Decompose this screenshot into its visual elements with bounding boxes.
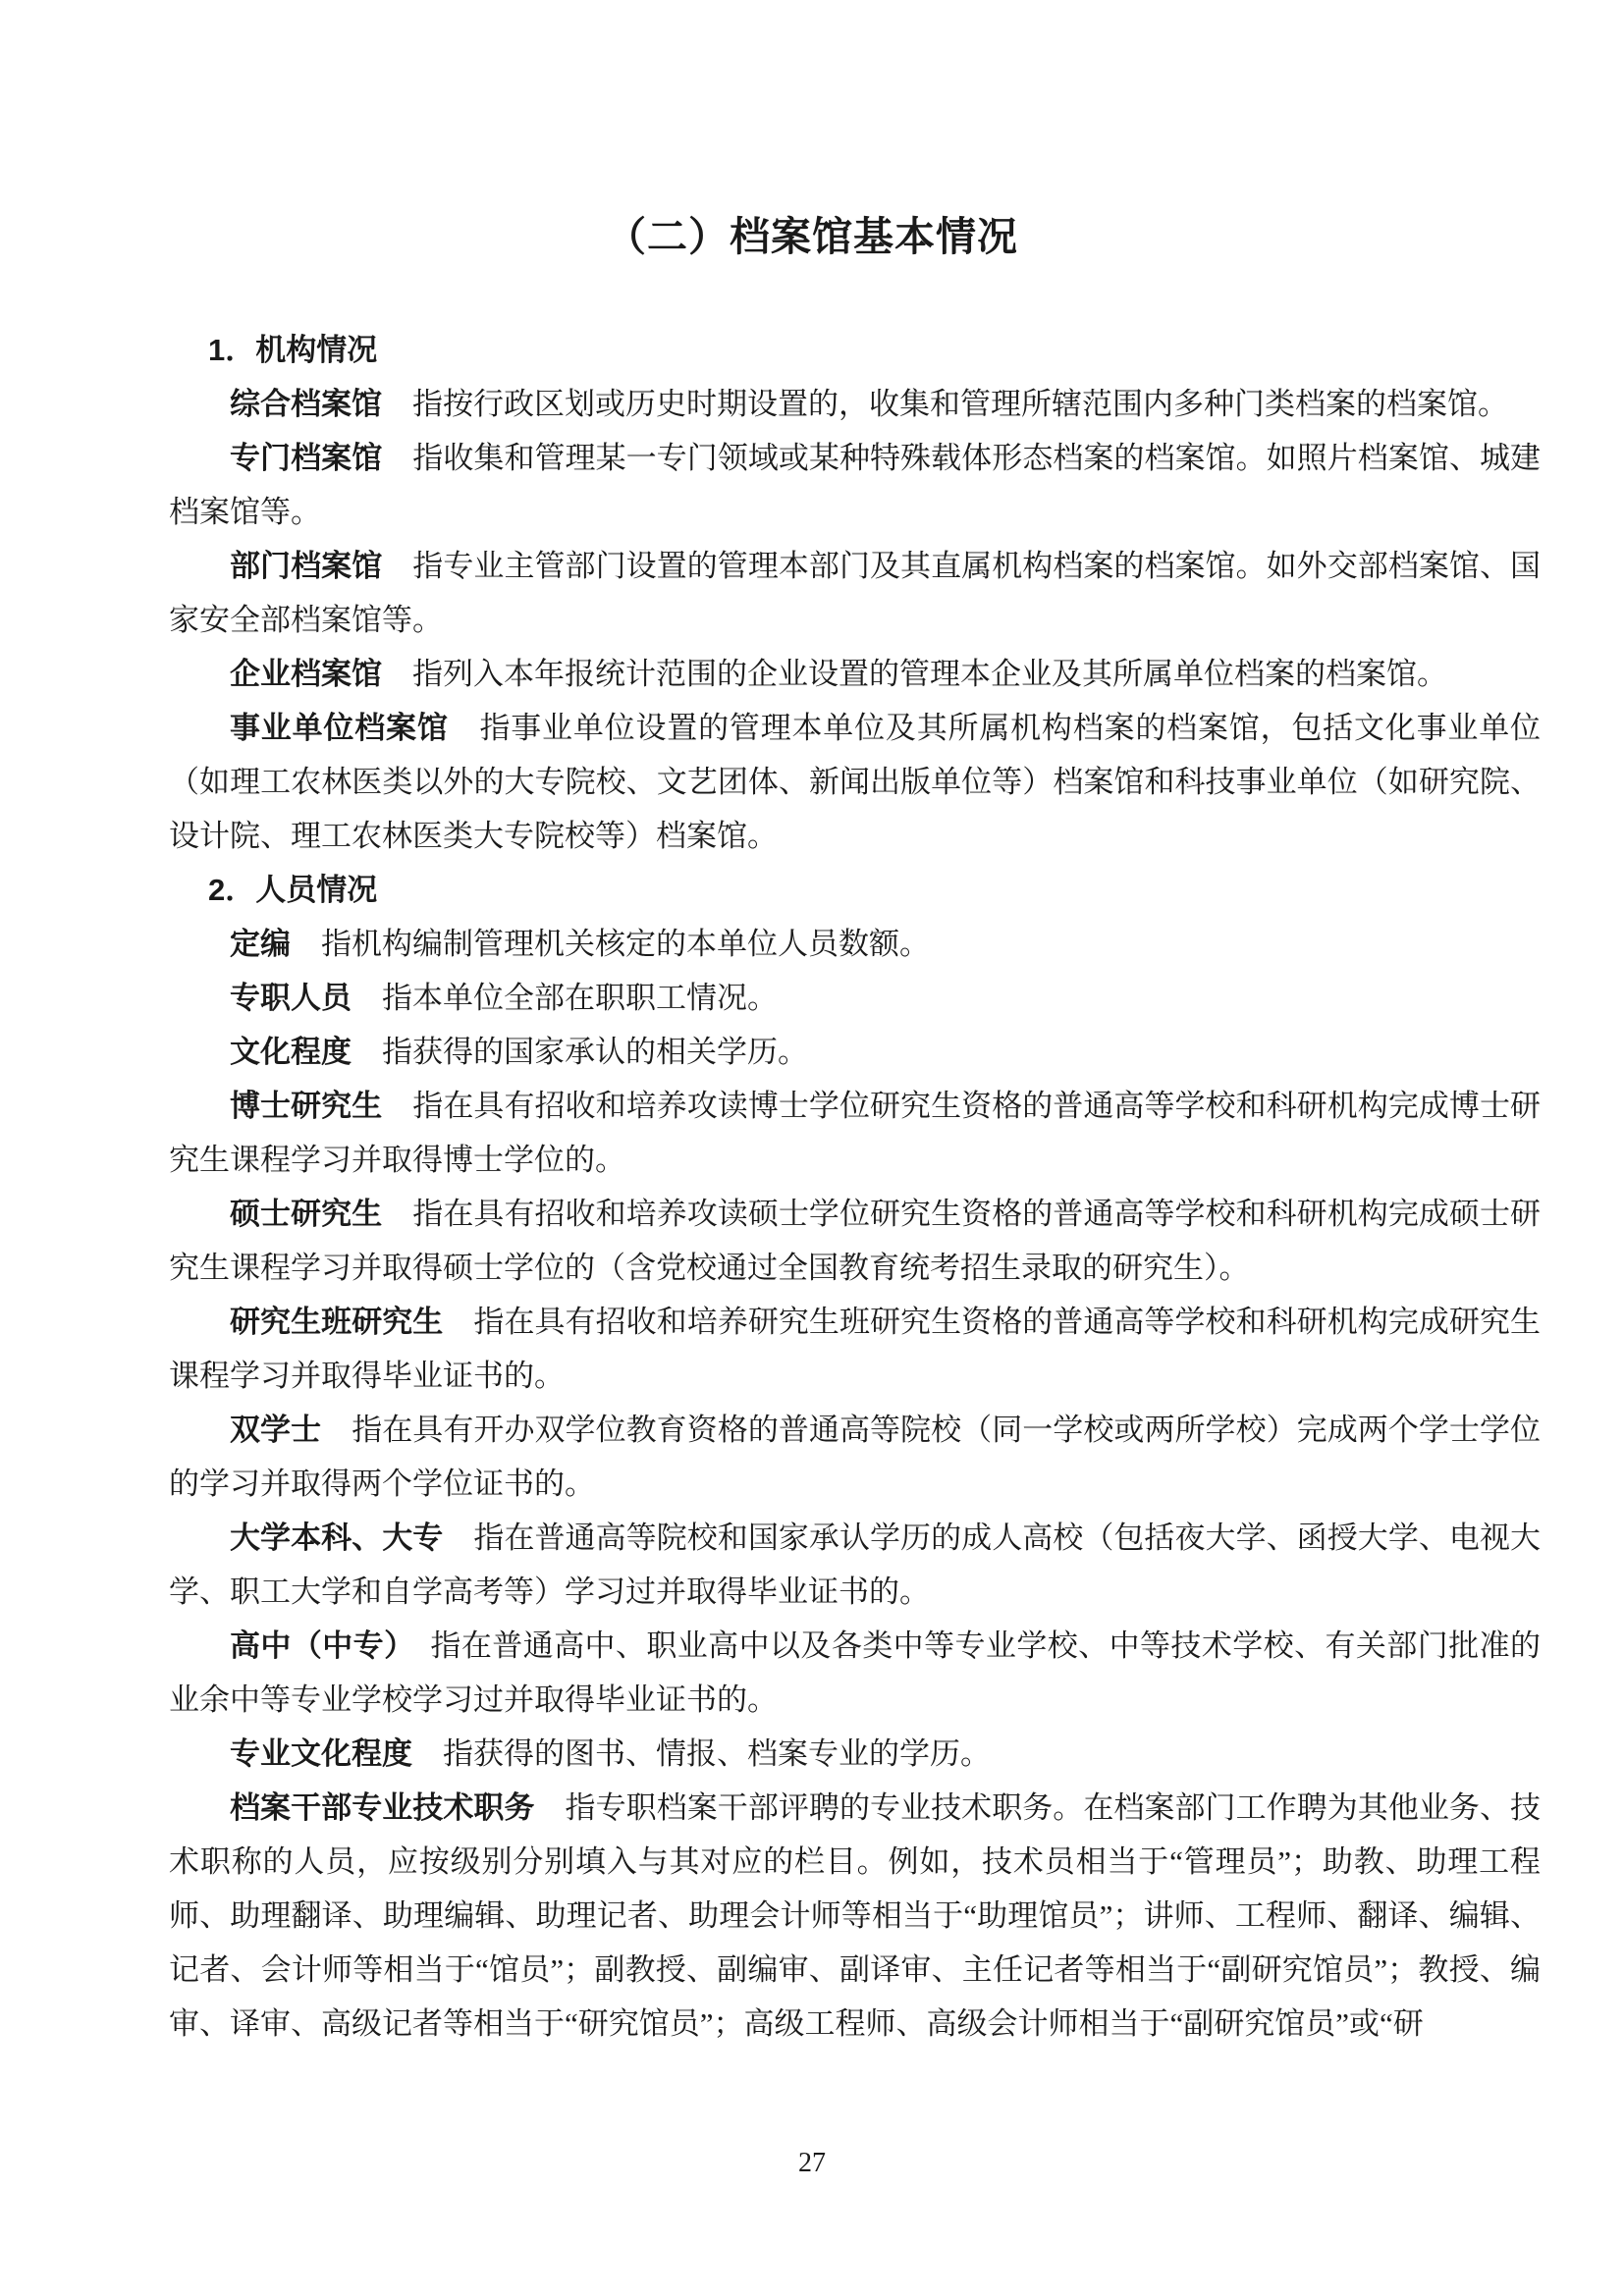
term-label: 博士研究生	[230, 1089, 382, 1123]
definition-paragraph: 档案干部专业技术职务 指专职档案干部评聘的专业技术职务。在档案部门工作聘为其他业…	[169, 1781, 1541, 2051]
term-label: 部门档案馆	[230, 549, 382, 583]
definition-paragraph: 文化程度 指获得的国家承认的相关学历。	[169, 1025, 1541, 1079]
definition-paragraph: 专职人员 指本单位全部在职职工情况。	[169, 971, 1541, 1025]
term-label: 档案干部专业技术职务	[230, 1790, 534, 1825]
definition-paragraph: 企业档案馆 指列入本年报统计范围的企业设置的管理本企业及其所属单位档案的档案馆。	[169, 647, 1541, 701]
document-body: 1．机构情况综合档案馆 指按行政区划或历史时期设置的，收集和管理所辖范围内多种门…	[169, 323, 1541, 2051]
definition-paragraph: 硕士研究生 指在具有招收和培养攻读硕士学位研究生资格的普通高等学校和科研机构完成…	[169, 1187, 1541, 1295]
term-label: 硕士研究生	[230, 1197, 382, 1231]
definition-paragraph: 部门档案馆 指专业主管部门设置的管理本部门及其直属机构档案的档案馆。如外交部档案…	[169, 539, 1541, 647]
document-page: （二）档案馆基本情况 1．机构情况综合档案馆 指按行政区划或历史时期设置的，收集…	[0, 0, 1624, 2296]
term-label: 定编	[230, 927, 291, 961]
definition-paragraph: 大学本科、大专 指在普通高等院校和国家承认学历的成人高校（包括夜大学、函授大学、…	[169, 1511, 1541, 1619]
term-label: 专门档案馆	[230, 441, 382, 475]
term-label: 高中（中专）	[230, 1629, 400, 1663]
term-label: 综合档案馆	[230, 387, 382, 421]
definition-paragraph: 事业单位档案馆 指事业单位设置的管理本单位及其所属机构档案的档案馆，包括文化事业…	[169, 701, 1541, 863]
definition-paragraph: 高中（中专） 指在普通高中、职业高中以及各类中等专业学校、中等技术学校、有关部门…	[169, 1619, 1541, 1727]
term-label: 研究生班研究生	[230, 1305, 443, 1339]
page-title: （二）档案馆基本情况	[0, 208, 1624, 265]
term-label: 双学士	[230, 1413, 321, 1447]
term-label: 大学本科、大专	[230, 1521, 443, 1555]
section-heading: 1．机构情况	[208, 323, 1541, 377]
term-label: 专业文化程度	[230, 1736, 412, 1771]
term-label: 企业档案馆	[230, 657, 382, 691]
definition-paragraph: 定编 指机构编制管理机关核定的本单位人员数额。	[169, 917, 1541, 971]
definition-paragraph: 研究生班研究生 指在具有招收和培养研究生班研究生资格的普通高等学校和科研机构完成…	[169, 1295, 1541, 1403]
term-label: 事业单位档案馆	[230, 711, 449, 745]
term-label: 文化程度	[230, 1035, 352, 1069]
page-number: 27	[0, 2146, 1624, 2181]
definition-paragraph: 专业文化程度 指获得的图书、情报、档案专业的学历。	[169, 1727, 1541, 1781]
definition-paragraph: 综合档案馆 指按行政区划或历史时期设置的，收集和管理所辖范围内多种门类档案的档案…	[169, 377, 1541, 431]
definition-paragraph: 博士研究生 指在具有招收和培养攻读博士学位研究生资格的普通高等学校和科研机构完成…	[169, 1079, 1541, 1187]
section-heading: 2．人员情况	[208, 863, 1541, 917]
term-label: 专职人员	[230, 981, 352, 1015]
definition-paragraph: 双学士 指在具有开办双学位教育资格的普通高等院校（同一学校或两所学校）完成两个学…	[169, 1403, 1541, 1511]
definition-paragraph: 专门档案馆 指收集和管理某一专门领域或某种特殊载体形态档案的档案馆。如照片档案馆…	[169, 431, 1541, 539]
